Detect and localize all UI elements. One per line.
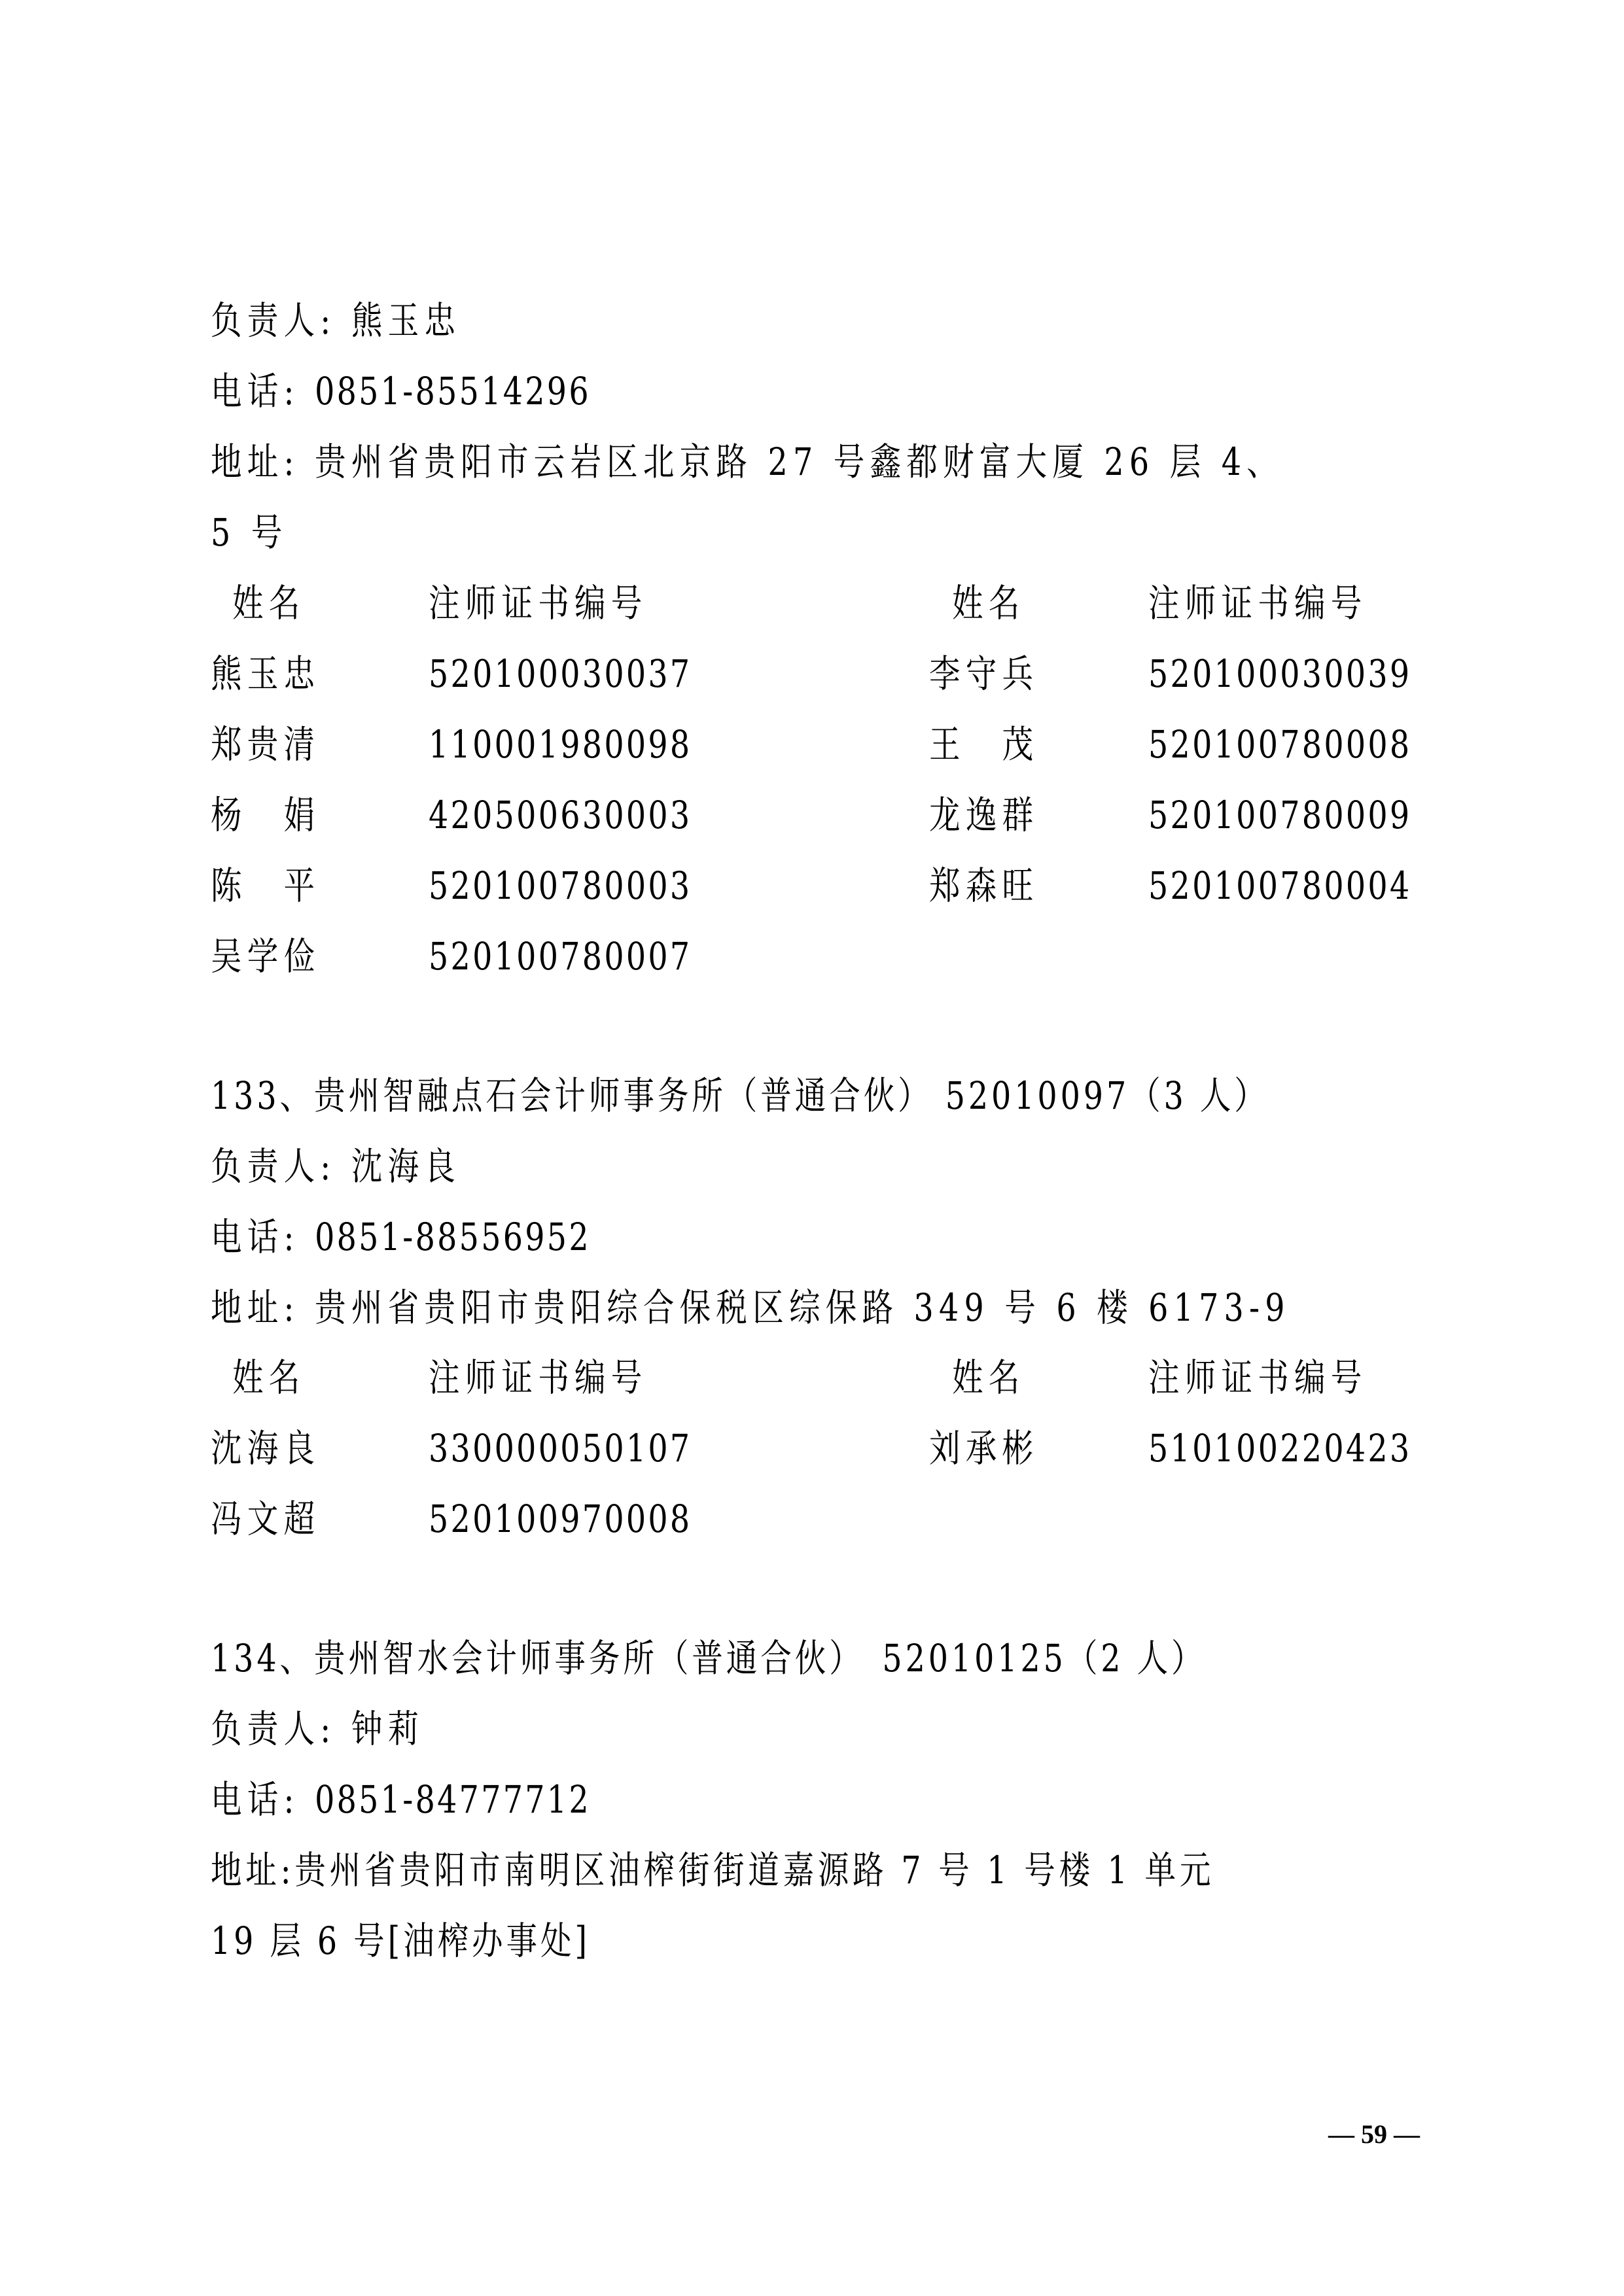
contact-line: 负责人: 熊玉忠 xyxy=(211,298,461,343)
contact-line: 负责人: 沈海良 xyxy=(211,1143,461,1189)
address-continuation: 5 号 xyxy=(211,510,288,555)
table-header-name: 姓名 xyxy=(952,580,1025,626)
address-line: 地址:贵州省贵阳市南明区油榨街街道嘉源路 7 号 1 号楼 1 单元 xyxy=(211,1847,1214,1893)
phone-line: 电话: 0851-84777712 xyxy=(211,1777,591,1822)
address-continuation: 19 层 6 号[油榨办事处] xyxy=(211,1918,590,1964)
table-header-name: 姓名 xyxy=(232,1355,306,1400)
cert-number: 520100780004 xyxy=(1148,863,1411,909)
contact-label: 负责人: xyxy=(211,1144,336,1189)
cert-number: 520100780007 xyxy=(429,933,692,979)
member-name: 吴学俭 xyxy=(211,933,320,979)
address-text: 贵州省贵阳市南明区油榨街街道嘉源路 7 号 1 号楼 1 单元 xyxy=(294,1848,1214,1892)
table-header-cert: 注师证书编号 xyxy=(429,1355,648,1400)
cert-number: 520100780003 xyxy=(429,863,692,909)
member-name: 熊玉忠 xyxy=(211,651,320,697)
address-text: 贵州省贵阳市云岩区北京路 27 号鑫都财富大厦 26 层 4、 xyxy=(315,440,1283,484)
contact-line: 负责人: 钟莉 xyxy=(211,1706,424,1752)
address-label: 地址: xyxy=(211,1285,300,1330)
member-name: 陈 平 xyxy=(211,863,320,909)
cert-number: 110001980098 xyxy=(429,722,692,767)
member-name: 郑贵清 xyxy=(211,722,320,767)
member-name: 王 茂 xyxy=(929,722,1038,767)
address-line: 地址: 贵州省贵阳市云岩区北京路 27 号鑫都财富大厦 26 层 4、 xyxy=(211,439,1283,485)
table-header-cert: 注师证书编号 xyxy=(1148,1355,1368,1400)
contact-name: 熊玉忠 xyxy=(351,298,461,343)
member-name: 杨 娟 xyxy=(211,792,320,838)
cert-number: 330000050107 xyxy=(429,1425,692,1471)
cert-number: 520100780008 xyxy=(1148,722,1411,767)
contact-label: 负责人: xyxy=(211,298,336,343)
phone-number: 0851-85514296 xyxy=(315,369,591,413)
address-line: 地址: 贵州省贵阳市贵阳综合保税区综保路 349 号 6 楼 6173-9 xyxy=(211,1285,1290,1331)
page-number: — 59 — xyxy=(1328,2118,1420,2151)
table-header-cert: 注师证书编号 xyxy=(429,580,648,626)
table-header-name: 姓名 xyxy=(952,1355,1025,1400)
table-header-name: 姓名 xyxy=(232,580,306,626)
contact-name: 钟莉 xyxy=(351,1707,425,1751)
phone-number: 0851-88556952 xyxy=(315,1215,591,1259)
phone-line: 电话: 0851-85514296 xyxy=(211,368,591,414)
cert-number: 520100030037 xyxy=(429,651,692,697)
cert-number: 420500630003 xyxy=(429,792,692,838)
phone-label: 电话: xyxy=(211,1777,300,1822)
table-header-cert: 注师证书编号 xyxy=(1148,580,1368,626)
member-name: 刘承彬 xyxy=(929,1425,1038,1471)
firm-title: 133、贵州智融点石会计师事务所（普通合伙） 52010097（3 人） xyxy=(211,1073,1269,1119)
phone-line: 电话: 0851-88556952 xyxy=(211,1214,591,1260)
phone-number: 0851-84777712 xyxy=(315,1777,591,1822)
contact-label: 负责人: xyxy=(211,1707,336,1751)
cert-number: 520100030039 xyxy=(1148,651,1411,697)
phone-label: 电话: xyxy=(211,1215,300,1259)
address-text: 贵州省贵阳市贵阳综合保税区综保路 349 号 6 楼 6173-9 xyxy=(315,1285,1290,1330)
address-label: 地址: xyxy=(211,440,300,484)
cert-number: 510100220423 xyxy=(1148,1425,1411,1471)
member-name: 沈海良 xyxy=(211,1425,320,1471)
contact-name: 沈海良 xyxy=(351,1144,461,1189)
member-name: 郑森旺 xyxy=(929,863,1038,909)
phone-label: 电话: xyxy=(211,369,300,413)
cert-number: 520100780009 xyxy=(1148,792,1411,838)
member-name: 龙逸群 xyxy=(929,792,1038,838)
member-name: 李守兵 xyxy=(929,651,1038,697)
member-name: 冯文超 xyxy=(211,1496,320,1542)
firm-title: 134、贵州智水会计师事务所（普通合伙） 52010125（2 人） xyxy=(211,1635,1205,1681)
address-label: 地址: xyxy=(211,1848,294,1892)
cert-number: 520100970008 xyxy=(429,1496,692,1542)
